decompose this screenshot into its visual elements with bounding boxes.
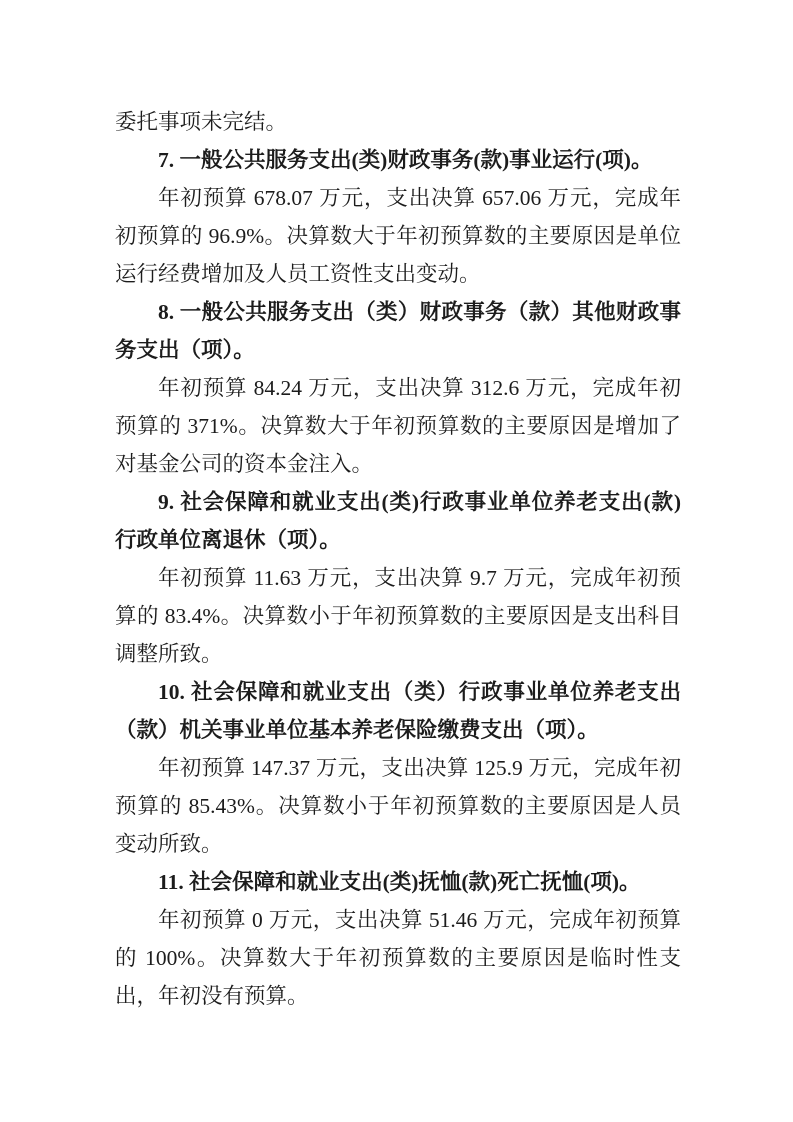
section-11-heading: 11. 社会保障和就业支出(类)抚恤(款)死亡抚恤(项)。 — [115, 863, 681, 901]
section-10-heading: 10. 社会保障和就业支出（类）行政事业单位养老支出（款）机关事业单位基本养老保… — [115, 673, 681, 749]
continuation-paragraph: 委托事项未完结。 — [115, 103, 681, 141]
section-9-heading: 9. 社会保障和就业支出(类)行政事业单位养老支出(款)行政单位离退休（项）。 — [115, 483, 681, 559]
section-7-body: 年初预算 678.07 万元，支出决算 657.06 万元，完成年初预算的 96… — [115, 179, 681, 293]
section-10-body: 年初预算 147.37 万元，支出决算 125.9 万元，完成年初预算的 85.… — [115, 749, 681, 863]
section-8-heading: 8. 一般公共服务支出（类）财政事务（款）其他财政事务支出（项）。 — [115, 293, 681, 369]
section-9-body: 年初预算 11.63 万元，支出决算 9.7 万元，完成年初预算的 83.4%。… — [115, 559, 681, 673]
document-page: 委托事项未完结。 7. 一般公共服务支出(类)财政事务(款)事业运行(项)。 年… — [0, 0, 793, 1122]
section-11-body: 年初预算 0 万元，支出决算 51.46 万元，完成年初预算的 100%。决算数… — [115, 901, 681, 1015]
section-8-body: 年初预算 84.24 万元，支出决算 312.6 万元，完成年初预算的 371%… — [115, 369, 681, 483]
section-7-heading: 7. 一般公共服务支出(类)财政事务(款)事业运行(项)。 — [115, 141, 681, 179]
